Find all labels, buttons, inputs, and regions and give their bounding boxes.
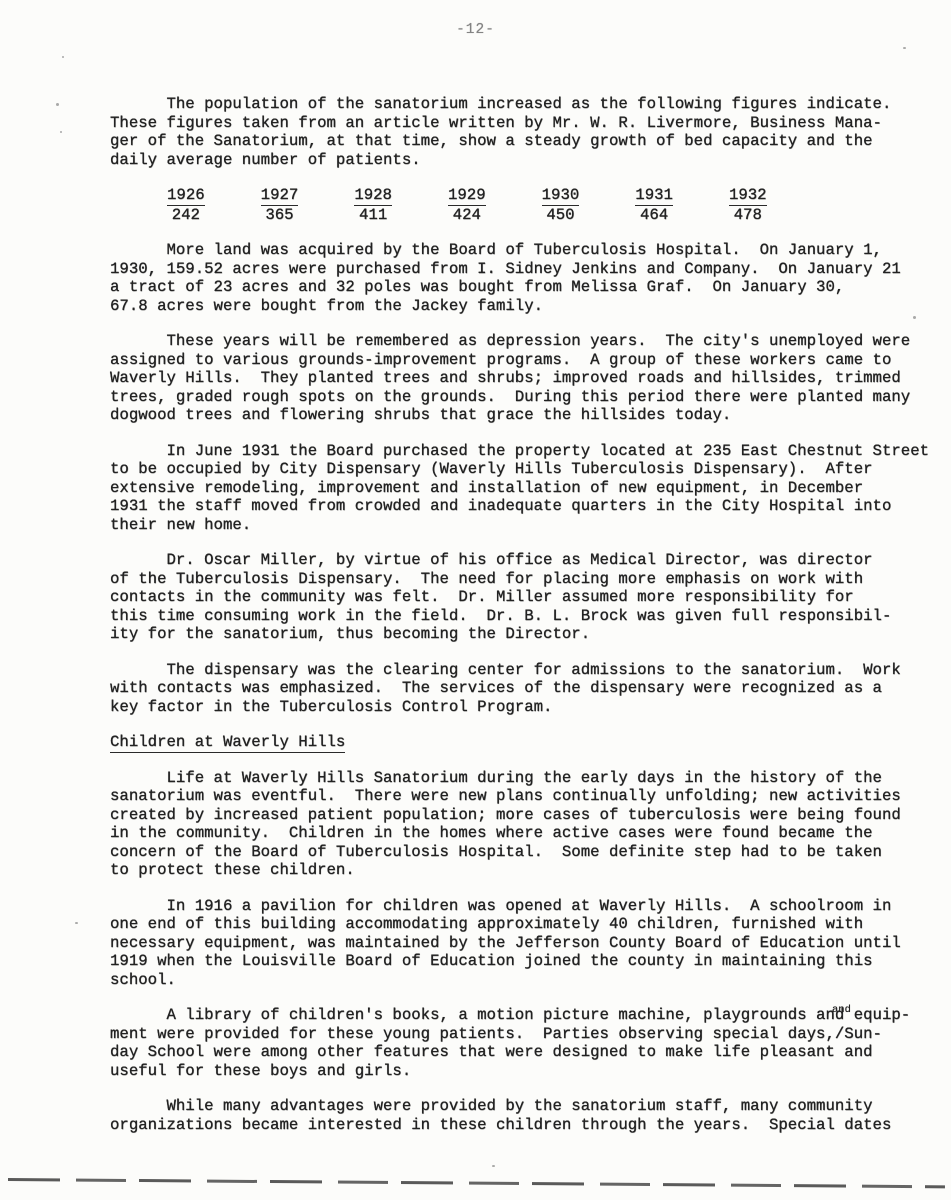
paragraph-life-at-waverly: Life at Waverly Hills Sanatorium during … bbox=[110, 769, 920, 880]
paragraph-dispensary-property: In June 1931 the Board purchased the pro… bbox=[110, 442, 920, 535]
table-value: 478 bbox=[734, 206, 762, 225]
table-column: 1928 411 bbox=[354, 186, 392, 224]
table-value: 411 bbox=[359, 206, 387, 225]
typed-insertion-and: and bbox=[832, 1005, 851, 1015]
paragraph-land-acquired: More land was acquired by the Board of T… bbox=[110, 241, 920, 315]
table-column: 1926 242 bbox=[167, 186, 205, 224]
table-value: 424 bbox=[453, 206, 481, 225]
scan-speck bbox=[75, 922, 78, 924]
table-value: 365 bbox=[265, 206, 293, 225]
paragraph-dr-miller: Dr. Oscar Miller, by virtue of his offic… bbox=[110, 551, 920, 644]
scan-speck bbox=[62, 56, 64, 58]
paragraph-library-wrap: A library of children's books, a motion … bbox=[110, 1006, 920, 1080]
paragraph-community-organizations: While many advantages were provided by t… bbox=[110, 1097, 920, 1134]
section-heading-children: Children at Waverly Hills bbox=[110, 733, 920, 752]
table-value: 450 bbox=[546, 206, 574, 225]
table-column: 1930 450 bbox=[542, 186, 580, 224]
scan-speck bbox=[913, 316, 916, 319]
scan-artifact-line bbox=[8, 1178, 945, 1188]
section-heading-text: Children at Waverly Hills bbox=[110, 733, 345, 753]
scan-speck bbox=[903, 47, 906, 49]
paragraph-library: A library of children's books, a motion … bbox=[110, 1006, 920, 1080]
table-value: 464 bbox=[640, 206, 668, 225]
document-body: The population of the sanatorium increas… bbox=[110, 95, 920, 1151]
table-column: 1927 365 bbox=[261, 186, 299, 224]
table-year: 1931 bbox=[635, 186, 673, 206]
scan-speck bbox=[492, 1165, 495, 1167]
paragraph-dispensary-role: The dispensary was the clearing center f… bbox=[110, 661, 920, 717]
paragraph-depression-years: These years will be remembered as depres… bbox=[110, 332, 920, 425]
paragraph-population-figures: The population of the sanatorium increas… bbox=[110, 95, 920, 169]
table-column: 1932 478 bbox=[729, 186, 767, 224]
table-year: 1929 bbox=[448, 186, 486, 206]
table-year: 1926 bbox=[167, 186, 205, 206]
table-year: 1932 bbox=[729, 186, 767, 206]
document-page: -12- The population of the sanatorium in… bbox=[0, 0, 951, 1200]
scan-speck bbox=[56, 103, 59, 106]
table-year: 1927 bbox=[261, 186, 299, 206]
paragraph-pavilion-1916: In 1916 a pavilion for children was open… bbox=[110, 897, 920, 990]
table-year: 1928 bbox=[354, 186, 392, 206]
table-value: 242 bbox=[172, 206, 200, 225]
table-column: 1929 424 bbox=[448, 186, 486, 224]
table-column: 1931 464 bbox=[635, 186, 673, 224]
scan-speck bbox=[60, 131, 62, 133]
population-table: 1926 242 1927 365 1928 411 1929 424 1930… bbox=[167, 186, 920, 224]
page-number: -12- bbox=[456, 22, 495, 38]
table-year: 1930 bbox=[542, 186, 580, 206]
